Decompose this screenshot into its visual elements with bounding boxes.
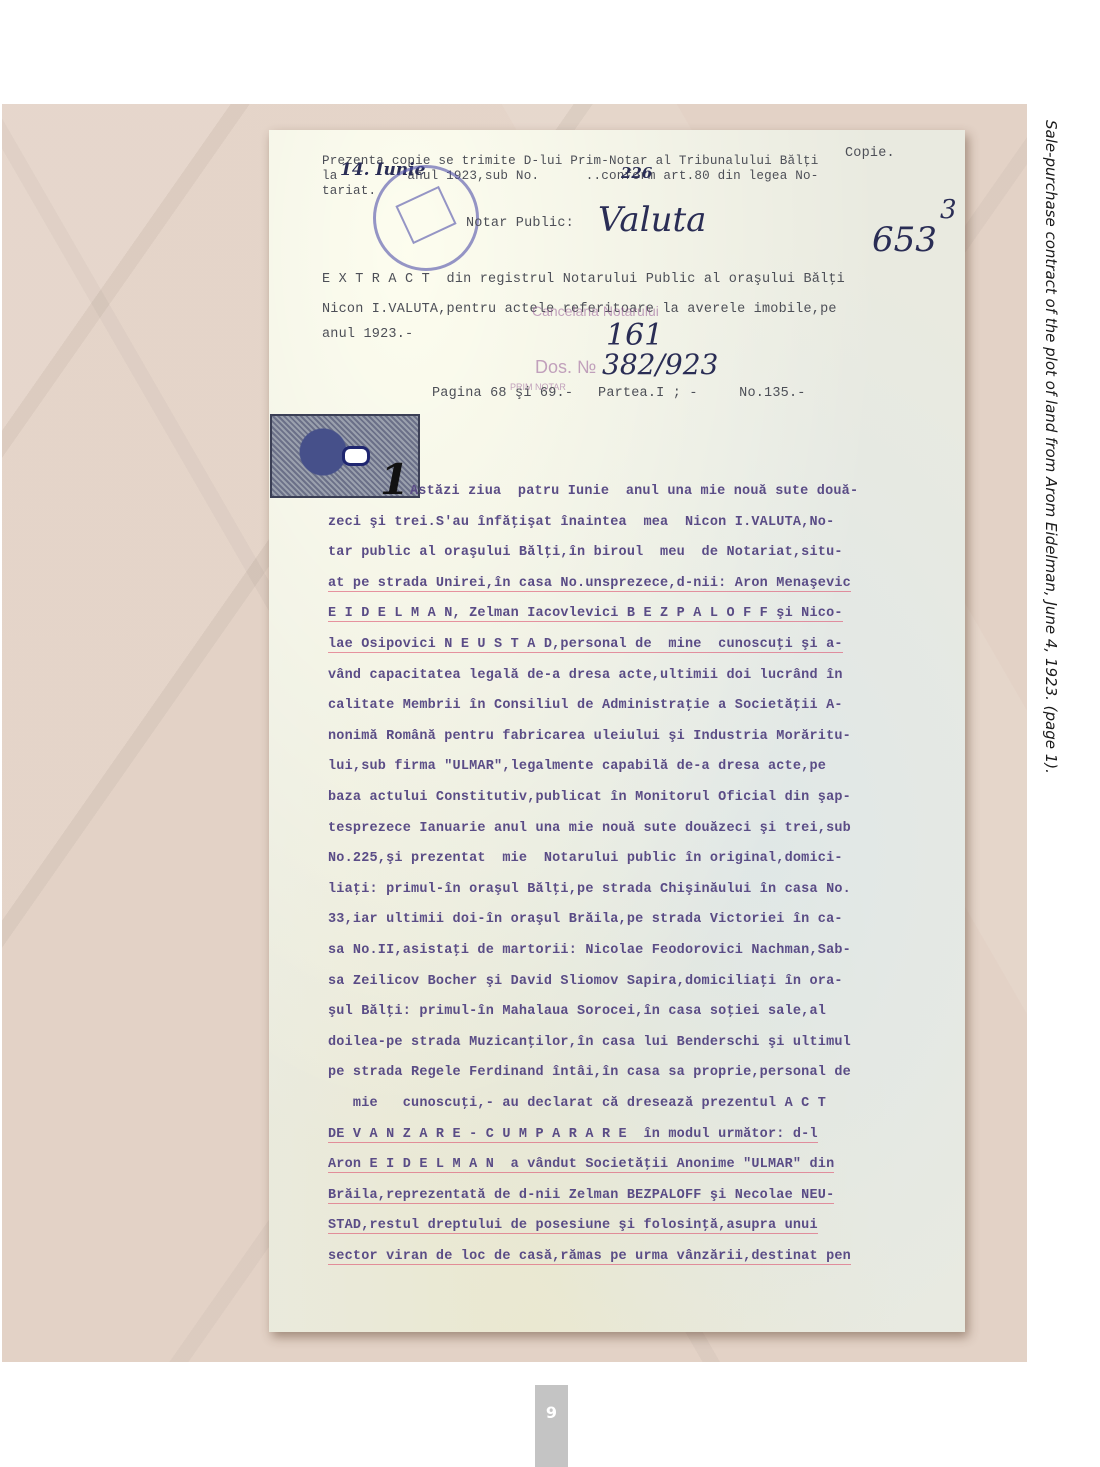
figure-caption: Sale-purchase contract of the plot of la… (1042, 120, 1060, 774)
extract-line-1: E X T R A C T din registrul Notarului Pu… (322, 272, 845, 287)
dossier-number: 382/923 (602, 348, 718, 381)
contract-line: baza actului Constitutiv,publicat în Mon… (328, 790, 851, 805)
contract-line: doilea-pe strada Muzicanţilor,în casa lu… (328, 1035, 851, 1050)
contract-line: Aron E I D E L M A N a vândut Societăţii… (328, 1157, 834, 1173)
contract-line: mie cunoscuţi,- au declarat că dresează … (328, 1096, 826, 1111)
contract-line: lui,sub firma "ULMAR",legalmente capabil… (328, 759, 826, 774)
extract-line-3: anul 1923.- (322, 327, 413, 342)
contract-line: E I D E L M A N, Zelman Iacovlevici B E … (328, 606, 843, 622)
contract-line: No.225,şi prezentat mie Notarului public… (328, 851, 843, 866)
contract-line: sa No.II,asistaţi de martorii: Nicolae F… (328, 943, 851, 958)
handwritten-number: 226 (621, 164, 652, 182)
contract-line: pe strada Regele Ferdinand întâi,în casa… (328, 1065, 851, 1080)
contract-line: nonimă Română pentru fabricarea uleiului… (328, 729, 851, 744)
contract-line: DE V A N Z A R E - C U M P A R A R E în … (328, 1127, 818, 1143)
notary-signature: Valuta (598, 200, 706, 240)
header-line-3: tariat. (322, 184, 376, 198)
chancellery-stamp: Cancelaria Notarului (532, 303, 659, 319)
contract-line: tesprezece Ianuarie anul una mie nouă su… (328, 821, 851, 836)
margin-number: 653 (872, 220, 937, 260)
contract-line: tar public al oraşului Bălţi,în biroul m… (328, 545, 843, 560)
contract-line: vând capacitatea legală de-a dresa acte,… (328, 668, 843, 683)
dossier-label: Dos. № (535, 357, 596, 378)
pagination-line: Pagina 68 şi 69.- Partea.I ; - No.135.- (432, 386, 806, 401)
contract-line: lae Osipovici N E U S T A D,personal de … (328, 637, 843, 653)
contract-line: Brăila,reprezentată de d-nii Zelman BEZP… (328, 1188, 834, 1204)
contract-line: liaţi: primul-în oraşul Bălţi,pe strada … (328, 882, 851, 897)
contract-line: zeci şi trei.S'au înfăţişat înaintea mea… (328, 515, 834, 530)
handwritten-page-one: 1 (380, 455, 409, 504)
contract-line: at pe strada Unirei,în casa No.unsprezec… (328, 576, 851, 592)
notary-seal-stamp (373, 165, 479, 271)
margin-number-top: 3 (940, 195, 957, 225)
contract-line: sector viran de loc de casă,rămas pe urm… (328, 1249, 851, 1265)
contract-line: Astăzi ziua patru Iunie anul una mie nou… (410, 484, 858, 499)
page-number: 9 (535, 1385, 568, 1467)
contract-line: calitate Membrii în Consiliul de Adminis… (328, 698, 843, 713)
notary-public-label: Notar Public: (466, 216, 574, 231)
contract-line: şul Bălţi: primul-în Mahalaua Sorocei,în… (328, 1004, 826, 1019)
copy-label: Copie. (845, 146, 895, 161)
contract-line: 33,iar ultimii doi-în oraşul Brăila,pe s… (328, 912, 843, 927)
contract-line: sa Zeilicov Bocher şi David Sliomov Sapi… (328, 974, 843, 989)
contract-line: STAD,restul dreptului de posesiune şi fo… (328, 1218, 818, 1234)
